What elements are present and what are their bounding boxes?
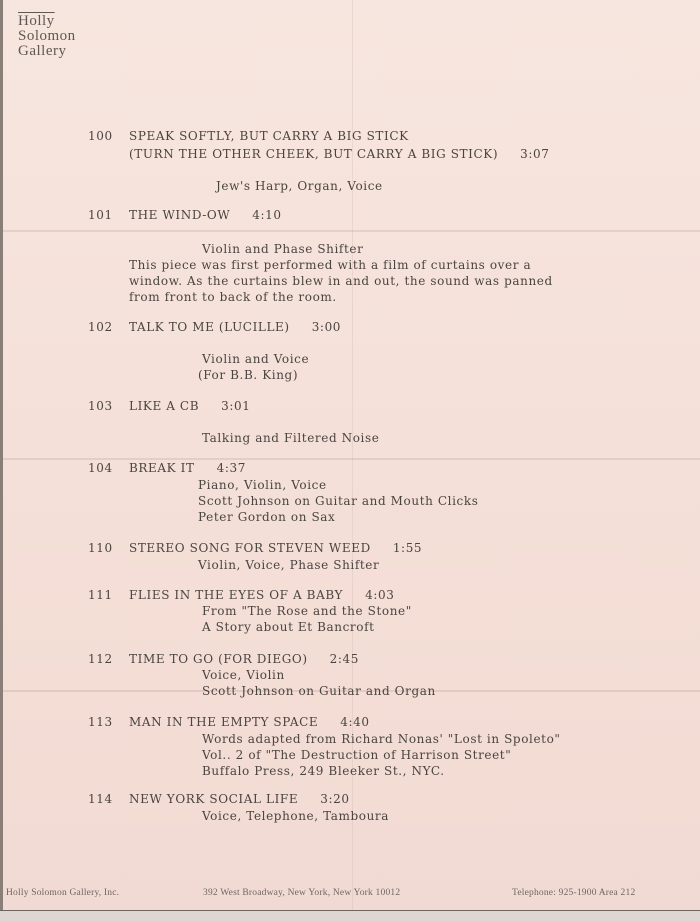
track-title: THE WIND-OW4:10: [129, 207, 282, 223]
track-number: 113: [88, 714, 122, 730]
track-note: Jew's Harp, Organ, Voice: [216, 178, 383, 194]
track-duration: 4:10: [252, 208, 281, 222]
track-number: 112: [88, 651, 122, 667]
track-note: Vol.. 2 of "The Destruction of Harrison …: [202, 747, 511, 763]
track-title: SPEAK SOFTLY, BUT CARRY A BIG STICK: [129, 128, 409, 144]
track-title-line: NEW YORK SOCIAL LIFE: [129, 792, 298, 806]
track-duration: 3:00: [312, 320, 341, 334]
logo-line: Gallery: [18, 44, 76, 59]
track-number: 114: [88, 791, 122, 807]
track-note: Violin and Voice: [202, 351, 309, 367]
track-title: LIKE A CB3:01: [129, 398, 251, 414]
track-title-line: LIKE A CB: [129, 399, 199, 413]
track-note: Voice, Telephone, Tamboura: [202, 808, 389, 824]
track-note: A Story about Et Bancroft: [202, 619, 375, 635]
track-number: 111: [88, 587, 122, 603]
track-description: window. As the curtains blew in and out,…: [129, 273, 553, 289]
footer-telephone: Telephone: 925-1900 Area 212: [512, 888, 635, 898]
track-title-line: STEREO SONG FOR STEVEN WEED: [129, 541, 371, 555]
track-duration: 4:40: [340, 715, 369, 729]
track-note: Violin and Phase Shifter: [202, 241, 363, 257]
footer-company: Holly Solomon Gallery, Inc.: [6, 888, 119, 898]
logo-line: Holly: [18, 14, 76, 29]
track-title-line: THE WIND-OW: [129, 208, 230, 222]
page-edge: [0, 910, 700, 922]
logo-line: Solomon: [18, 29, 76, 44]
page-edge: [0, 0, 3, 922]
track-number: 100: [88, 128, 122, 144]
track-title: MAN IN THE EMPTY SPACE4:40: [129, 714, 370, 730]
track-description: This piece was first performed with a fi…: [129, 257, 531, 273]
track-note: From "The Rose and the Stone": [202, 603, 412, 619]
track-number: 104: [88, 460, 122, 476]
track-note: Violin, Voice, Phase Shifter: [198, 557, 379, 573]
track-title: STEREO SONG FOR STEVEN WEED1:55: [129, 540, 422, 556]
track-title: FLIES IN THE EYES OF A BABY4:03: [129, 587, 394, 603]
track-note: Buffalo Press, 249 Bleeker St., NYC.: [202, 763, 445, 779]
track-duration: 2:45: [330, 652, 359, 666]
track-note: Piano, Violin, Voice: [198, 477, 327, 493]
track-note: Talking and Filtered Noise: [202, 430, 379, 446]
track-duration: 3:07: [520, 147, 549, 161]
fold-crease: [0, 230, 700, 232]
track-duration: 4:37: [217, 461, 246, 475]
track-title: TIME TO GO (FOR DIEGO)2:45: [129, 651, 359, 667]
track-number: 101: [88, 207, 122, 223]
track-note: Scott Johnson on Guitar and Organ: [202, 683, 436, 699]
track-note: Voice, Violin: [202, 667, 285, 683]
footer-address: 392 West Broadway, New York, New York 10…: [203, 888, 400, 898]
track-number: 103: [88, 398, 122, 414]
track-title-line: BREAK IT: [129, 461, 195, 475]
track-title: NEW YORK SOCIAL LIFE3:20: [129, 791, 350, 807]
track-title-line: TALK TO ME (LUCILLE): [129, 320, 290, 334]
track-title-line: FLIES IN THE EYES OF A BABY: [129, 588, 343, 602]
track-description: from front to back of the room.: [129, 289, 337, 305]
track-note: Peter Gordon on Sax: [198, 509, 335, 525]
track-title-line: MAN IN THE EMPTY SPACE: [129, 715, 318, 729]
track-note: (For B.B. King): [198, 367, 298, 383]
track-duration: 4:03: [365, 588, 394, 602]
track-number: 110: [88, 540, 122, 556]
track-duration: 3:20: [320, 792, 349, 806]
track-duration: 3:01: [221, 399, 250, 413]
track-title: (TURN THE OTHER CHEEK, BUT CARRY A BIG S…: [129, 146, 550, 162]
track-number: 102: [88, 319, 122, 335]
track-title: TALK TO ME (LUCILLE)3:00: [129, 319, 341, 335]
track-note: Scott Johnson on Guitar and Mouth Clicks: [198, 493, 478, 509]
track-duration: 1:55: [393, 541, 422, 555]
gallery-logo: Holly Solomon Gallery: [18, 14, 76, 59]
track-title-line: TIME TO GO (FOR DIEGO): [129, 652, 308, 666]
track-note: Words adapted from Richard Nonas' "Lost …: [202, 731, 561, 747]
track-title-line: (TURN THE OTHER CHEEK, BUT CARRY A BIG S…: [129, 147, 498, 161]
track-title: BREAK IT4:37: [129, 460, 246, 476]
